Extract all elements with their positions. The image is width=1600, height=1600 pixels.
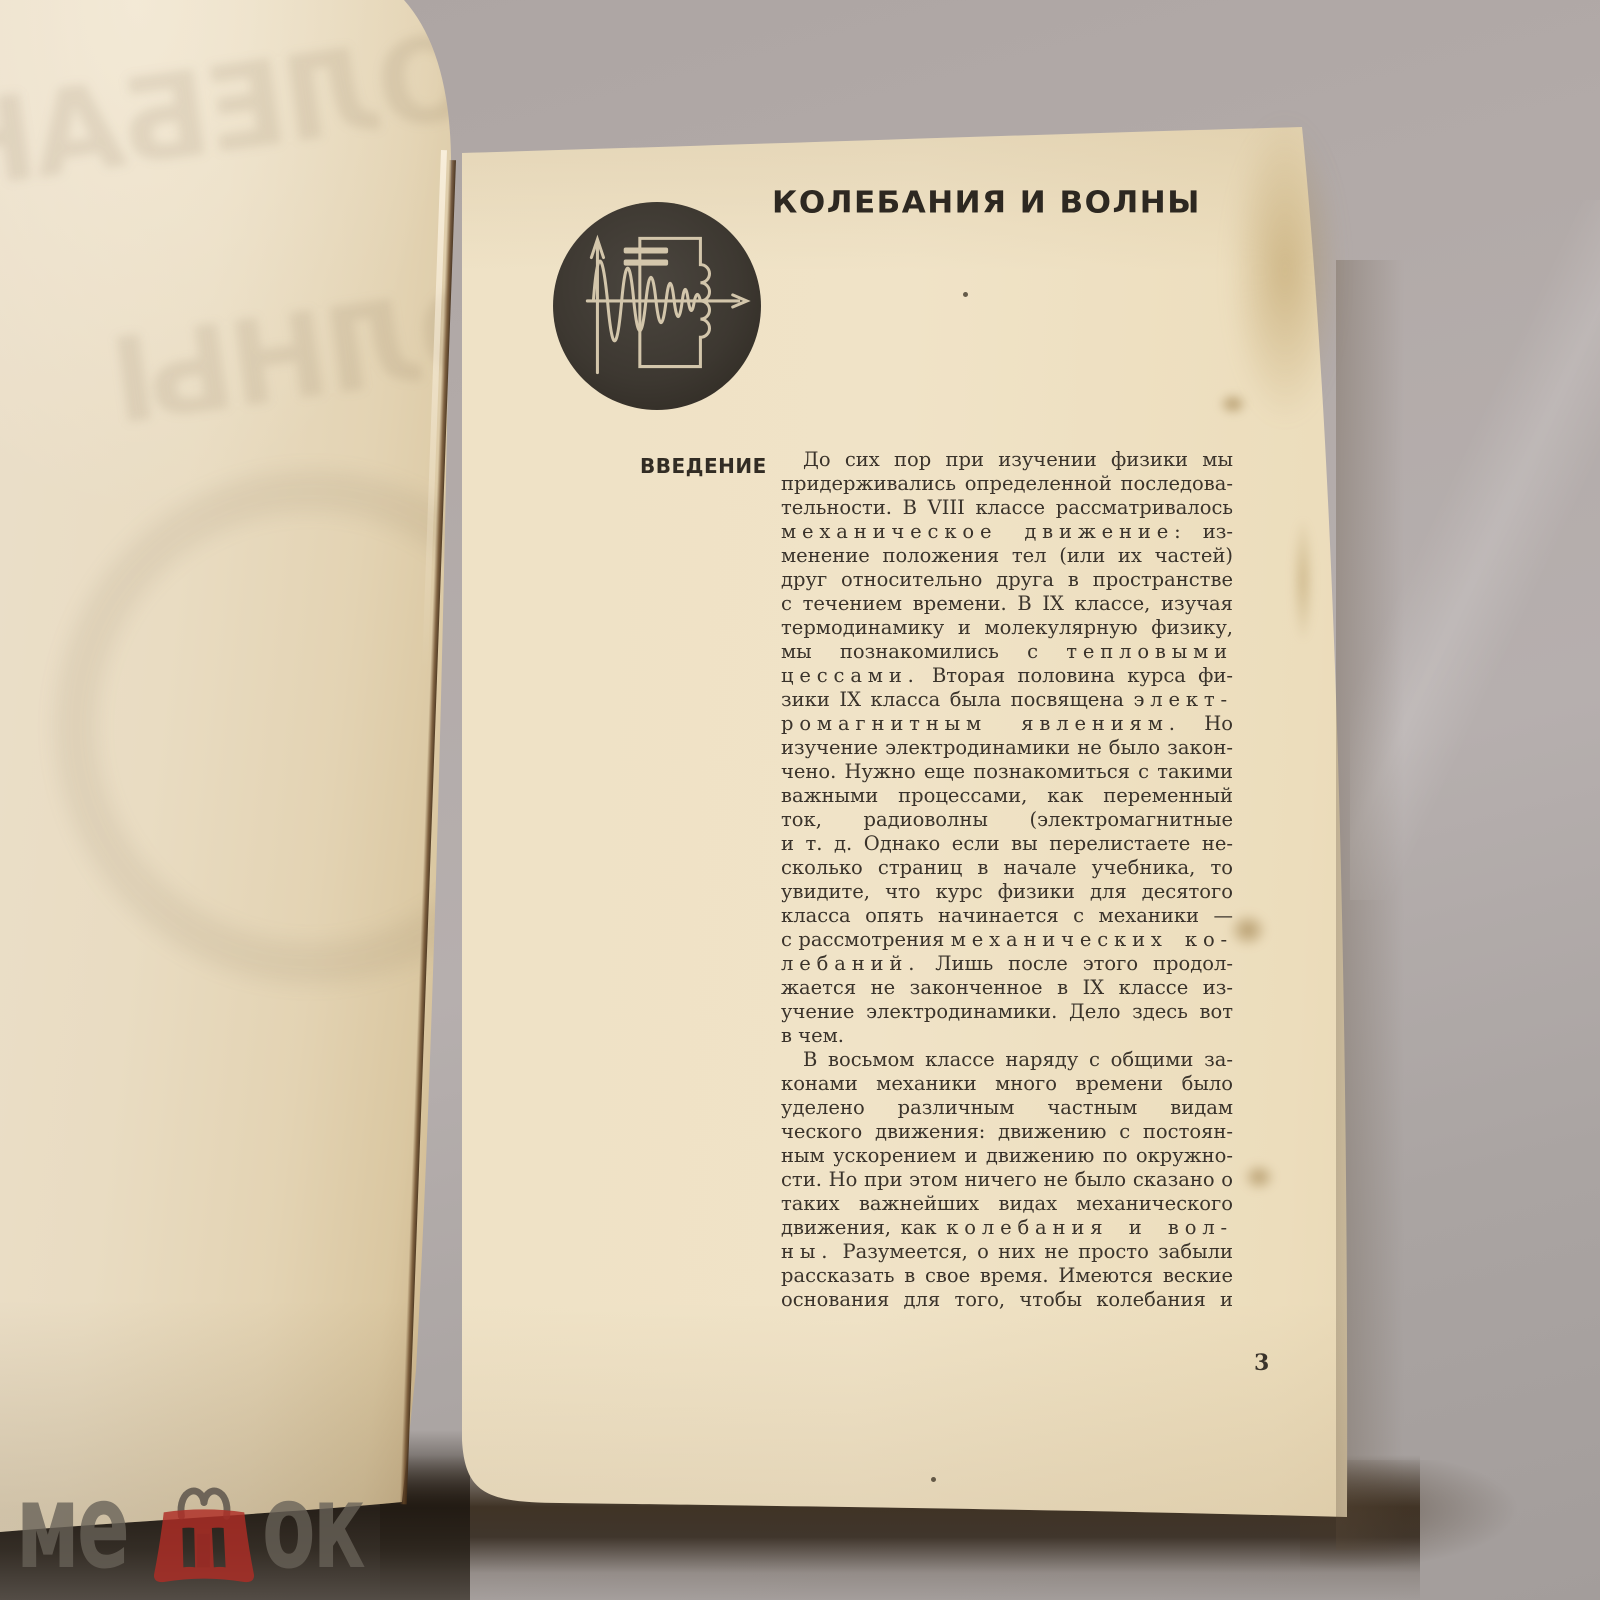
text-line: придерживались определенной последова- (781, 472, 1233, 496)
page-edge-stain (1230, 120, 1340, 420)
text-line: жается не законченное в IX классе из- (781, 976, 1233, 1000)
page-edge-stain (1228, 912, 1268, 948)
text-line: изучение электродинамики не было закон- (781, 736, 1233, 760)
text-line: чено. Нужно еще познакомиться с такими (781, 760, 1233, 784)
text-line: менение положения тел (или их частей) (781, 544, 1233, 568)
text-line: ток, радиоволны (электромагнитные волны) (781, 808, 1233, 832)
section-heading: ВВЕДЕНИЕ (640, 456, 767, 476)
text-line: друг относительно друга в пространстве (781, 568, 1233, 592)
page-edge-stain (1292, 520, 1314, 640)
text-line: рассказать в свое время. Имеются веские (781, 1264, 1233, 1288)
text-line: мы познакомились с тепловыми про- (781, 640, 1233, 664)
text-line: До сих пор при изучении физики мы (781, 448, 1233, 472)
text-line: ческого движения: движению с постоян- (781, 1120, 1233, 1144)
chapter-title: КОЛЕБАНИЯ И ВОЛНЫ (772, 188, 1252, 217)
turning-page: КОЛЕБАНИЯ И ВОЛНЫ (0, 0, 460, 1536)
text-line: лебаний. Лишь после этого продол- (781, 952, 1233, 976)
page-edge-shadow (1336, 260, 1416, 1550)
text-line: термодинамику и молекулярную физику, (781, 616, 1233, 640)
text-line: сти. Но при этом ничего не было сказано … (781, 1168, 1233, 1192)
text-line: увидите, что курс физики для десятого (781, 880, 1233, 904)
watermark-text-left: ме (16, 1467, 127, 1585)
page-number: 3 (1254, 1350, 1269, 1376)
text-line: сколько страниц в начале учебника, то (781, 856, 1233, 880)
text-line: движения, как колебания и вол- (781, 1216, 1233, 1240)
text-line: и т. д. Однако если вы перелистаете не- (781, 832, 1233, 856)
text-line: таких важнейших видах механического (781, 1192, 1233, 1216)
text-line: уделено различным частным видам механи- (781, 1096, 1233, 1120)
text-line: В восьмом классе наряду с общими за- (781, 1048, 1233, 1072)
oscillation-circuit-logo-icon (551, 201, 763, 413)
shopping-bag-icon (150, 1477, 258, 1585)
text-line: цессами. Вторая половина курса фи- (781, 664, 1233, 688)
text-line: с рассмотрения механических ко- (781, 928, 1233, 952)
body-text: До сих пор при изучении физики мыпридерж… (781, 448, 1233, 1312)
paper-speck (963, 292, 968, 297)
text-line: класса опять начинается с механики — (781, 904, 1233, 928)
text-line: важными процессами, как переменный (781, 784, 1233, 808)
text-line: ным ускорением и движению по окружно- (781, 1144, 1233, 1168)
page-edge-stain (1242, 1162, 1276, 1192)
text-line: тельности. В VIII классе рассматривалось (781, 496, 1233, 520)
watermark-text-right: ок (262, 1467, 363, 1585)
text-line: ны. Разумеется, о них не просто забыли (781, 1240, 1233, 1264)
paper-speck (931, 1477, 936, 1482)
text-line: в чем. (781, 1024, 1233, 1048)
text-line: ромагнитным явлениям. Но (781, 712, 1233, 736)
text-line: конами механики много времени было (781, 1072, 1233, 1096)
text-line: зики IX класса была посвящена элект- (781, 688, 1233, 712)
text-line: механическое движение: из- (781, 520, 1233, 544)
photo-of-open-book: КОЛЕБАНИЯ И ВОЛНЫ (0, 0, 1600, 1600)
text-line: учение электродинамики. Дело здесь вот (781, 1000, 1233, 1024)
page-edge-stain (1218, 392, 1248, 416)
text-line: основания для того, чтобы колебания и (781, 1288, 1233, 1312)
text-line: с течением времени. В IX классе, изучая (781, 592, 1233, 616)
